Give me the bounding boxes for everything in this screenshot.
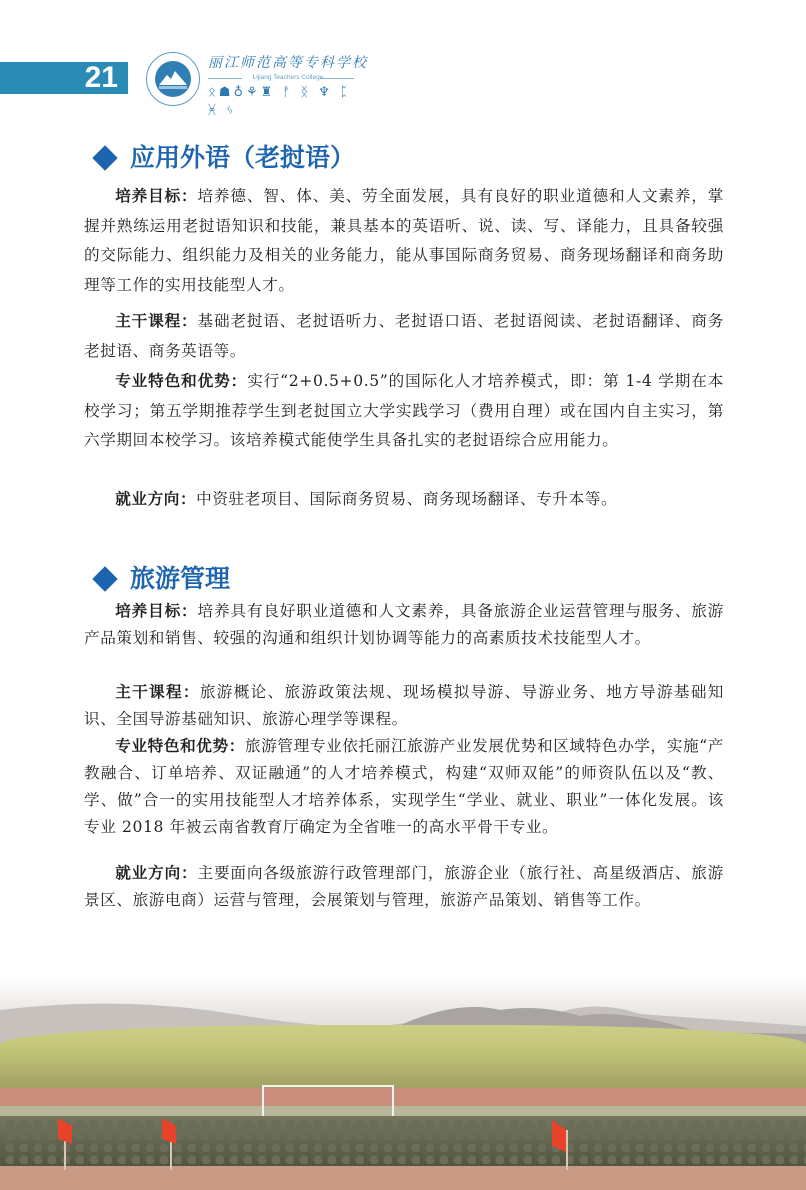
page-number: 21 bbox=[85, 61, 118, 95]
paragraph-label: 就业方向： bbox=[115, 490, 196, 508]
diamond-bullet-icon bbox=[92, 566, 117, 591]
diamond-bullet-icon bbox=[92, 145, 117, 170]
photo-track-near bbox=[0, 1166, 806, 1190]
page-number-bar: 21 bbox=[0, 62, 128, 94]
paragraph-employment: 就业方向：中资驻老项目、国际商务贸易、商务现场翻译、专升本等。 bbox=[84, 485, 724, 515]
paragraph-label: 专业特色和优势： bbox=[115, 737, 245, 755]
paragraph-label: 培养目标： bbox=[115, 187, 197, 205]
paragraph-training-goal: 培养目标：培养德、智、体、美、劳全面发展，具有良好的职业道德和人文素养，掌握并熟… bbox=[84, 182, 724, 300]
soccer-goal bbox=[262, 1085, 394, 1119]
college-name-en: Lijiang Teachers College bbox=[208, 72, 368, 84]
paragraph-training-goal: 培养目标：培养具有良好职业道德和人文素养，具备旅游企业运营管理与服务、旅游产品策… bbox=[84, 598, 724, 652]
paragraph-features: 专业特色和优势：实行“2+0.5+0.5”的国际化人才培养模式，即：第 1-4 … bbox=[84, 367, 724, 456]
section-title-text: 旅游管理 bbox=[130, 562, 230, 596]
college-name-cn: 丽江师范高等专科学校 bbox=[208, 54, 368, 72]
section-title-text: 应用外语（老挝语） bbox=[130, 141, 355, 175]
paragraph-employment: 就业方向：主要面向各级旅游行政管理部门，旅游企业（旅行社、高星级酒店、旅游景区、… bbox=[84, 860, 724, 914]
campus-photo bbox=[0, 930, 806, 1190]
paragraph-core-courses: 主干课程：基础老挝语、老挝语听力、老挝语口语、老挝语阅读、老挝语翻译、商务老挝语… bbox=[84, 307, 724, 366]
flag-pole bbox=[566, 1130, 568, 1170]
paragraph-label: 主干课程： bbox=[115, 683, 200, 701]
paragraph-label: 主干课程： bbox=[115, 312, 197, 330]
section-title-lao: 应用外语（老挝语） bbox=[92, 141, 355, 175]
photo-track bbox=[0, 1088, 806, 1108]
paragraph-core-courses: 主干课程：旅游概论、旅游政策法规、现场模拟导游、导游业务、地方导游基础知识、全国… bbox=[84, 679, 724, 733]
photo-crowd bbox=[0, 1116, 806, 1168]
paragraph-label: 培养目标： bbox=[115, 602, 197, 620]
paragraph-label: 就业方向： bbox=[115, 864, 197, 882]
college-name-dongba: ᛟ☗♁⚘♜ ᚠ ᛝ ♆ ᛈ ᚸ ᛃ bbox=[208, 84, 368, 120]
section-title-tourism: 旅游管理 bbox=[92, 562, 230, 596]
college-emblem-icon bbox=[146, 52, 200, 106]
paragraph-text: 中资驻老项目、国际商务贸易、商务现场翻译、专升本等。 bbox=[196, 490, 617, 508]
paragraph-features: 专业特色和优势：旅游管理专业依托丽江旅游产业发展优势和区域特色办学，实施“产教融… bbox=[84, 733, 724, 841]
college-logo: 丽江师范高等专科学校 Lijiang Teachers College ᛟ☗♁⚘… bbox=[146, 52, 366, 108]
paragraph-label: 专业特色和优势： bbox=[115, 372, 247, 390]
photo-trees bbox=[0, 1025, 806, 1090]
